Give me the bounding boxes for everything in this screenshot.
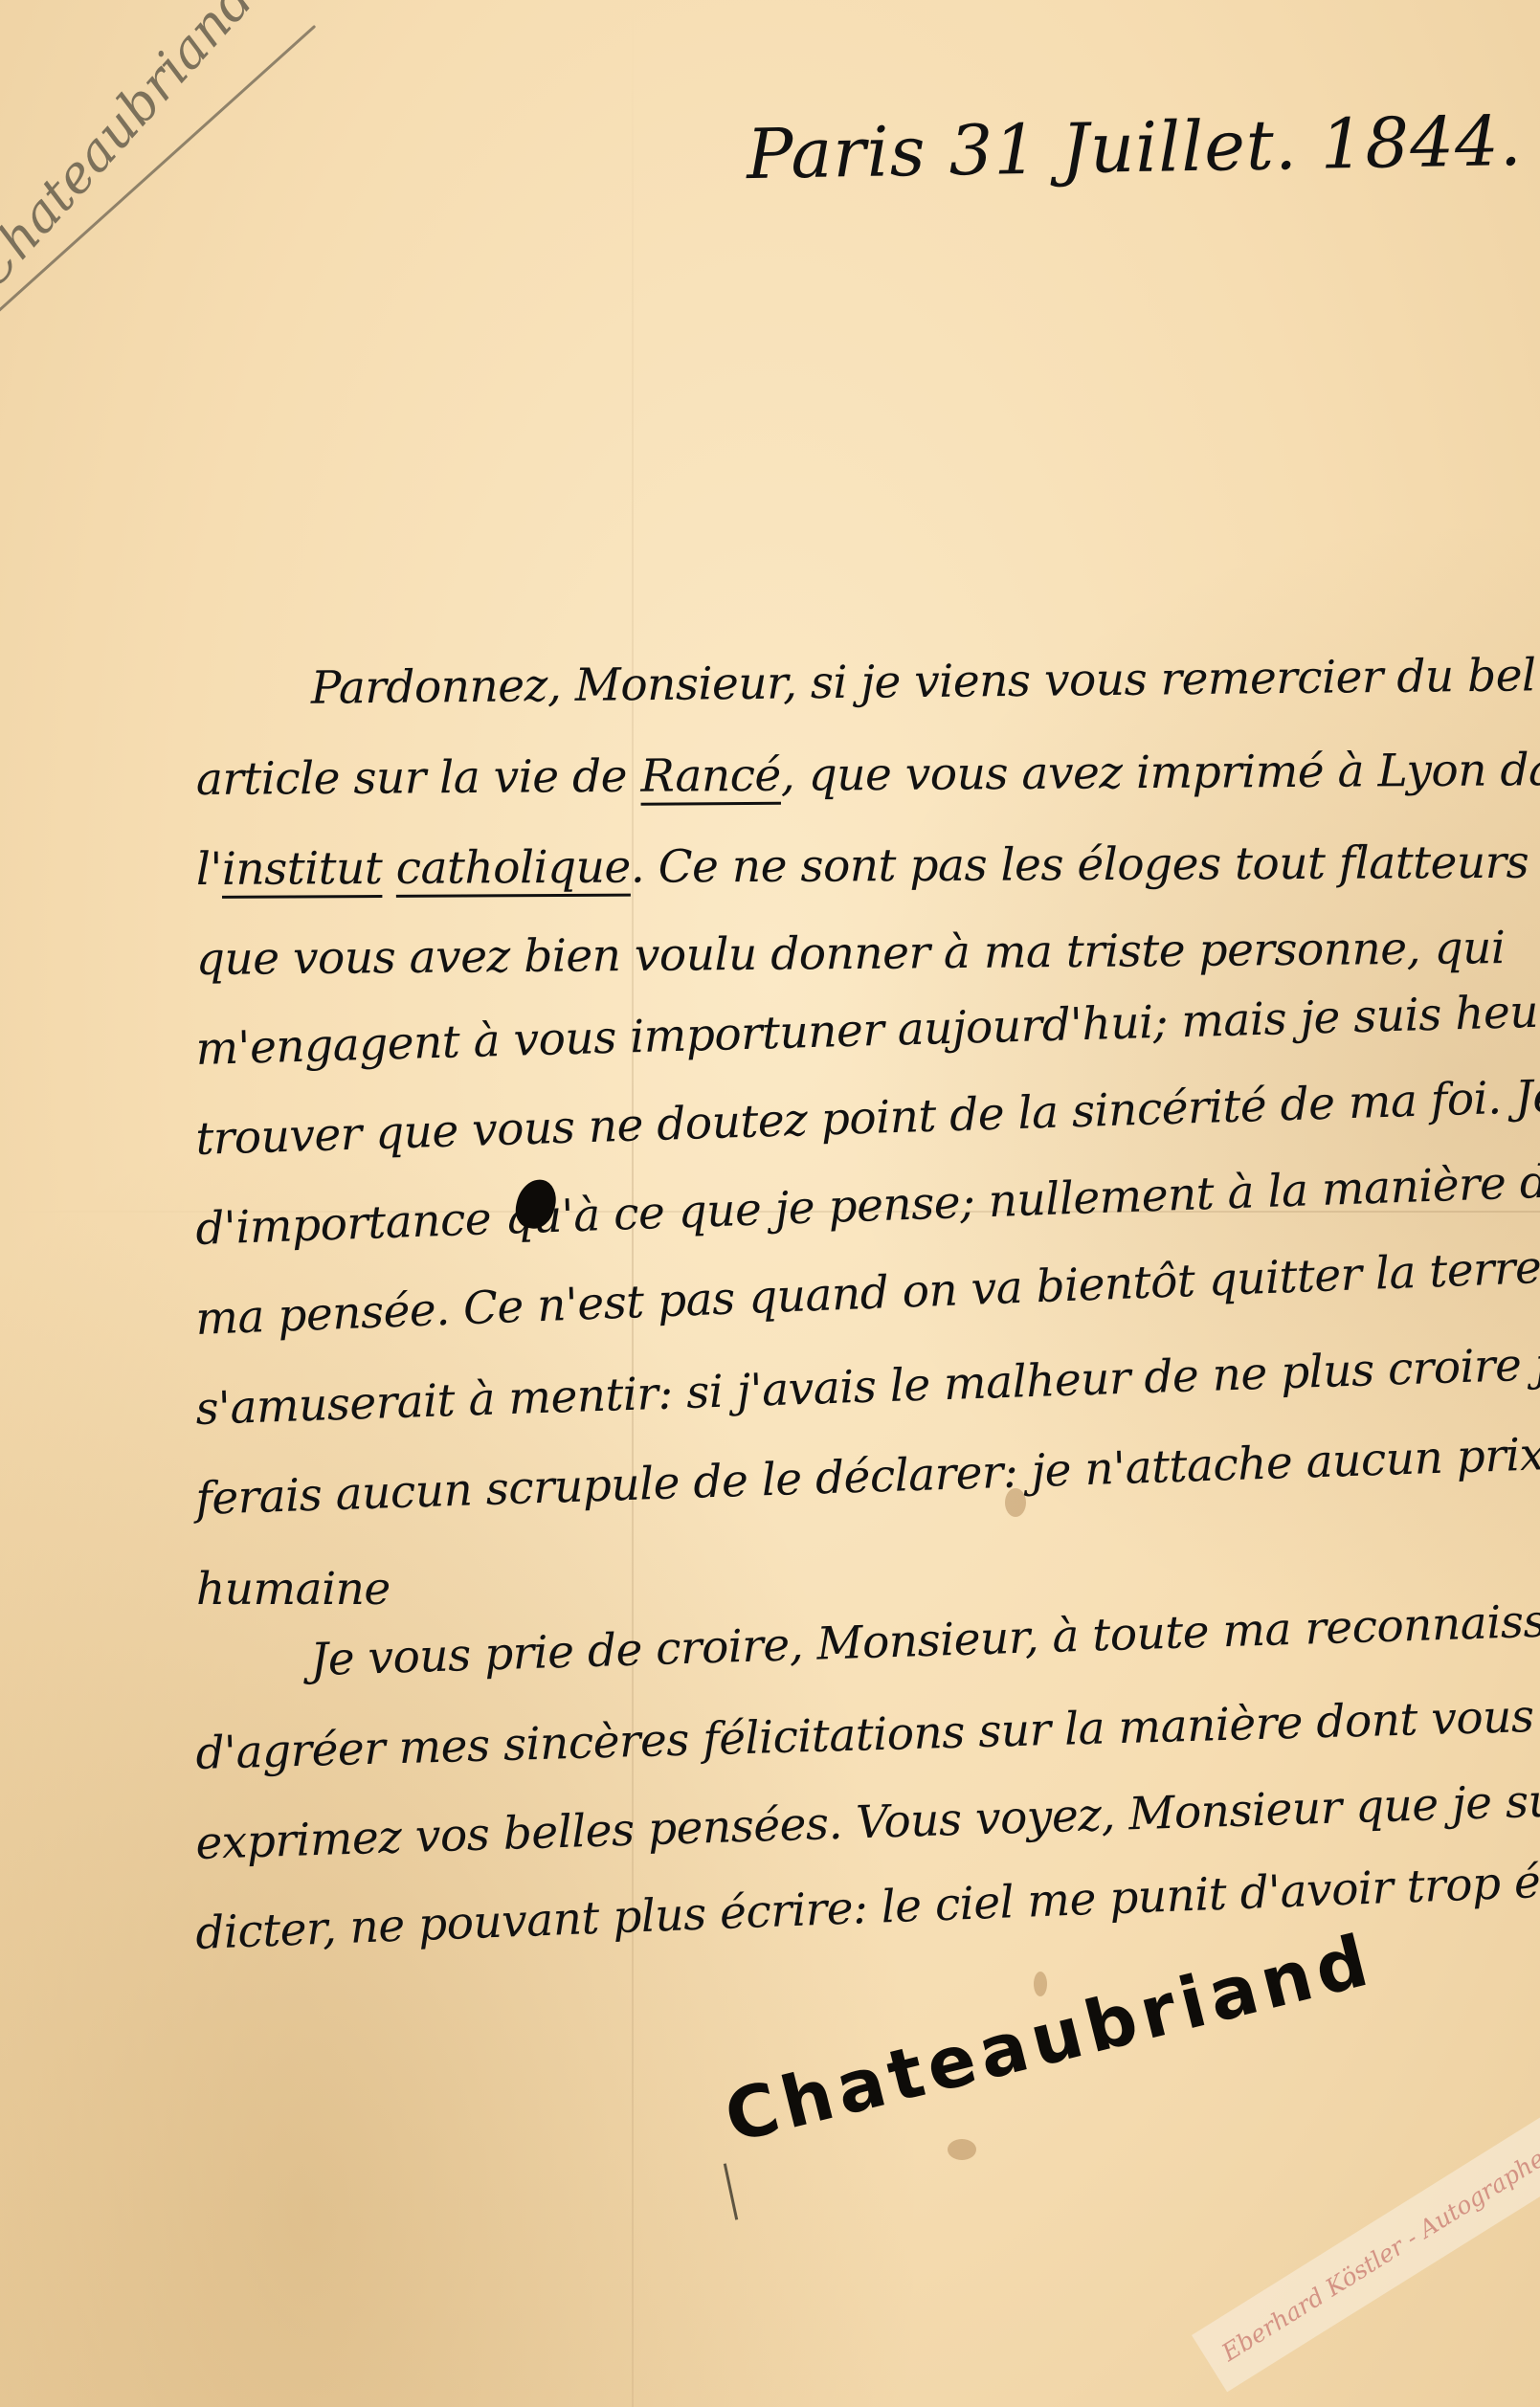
letter-body: Pardonnez, Monsieur, si je viens vous re… bbox=[196, 660, 1527, 1995]
pencil-annotation: Chateaubriand bbox=[0, 0, 364, 345]
watermark-text: Eberhard Köstler - Autographen & Bücher bbox=[1216, 2070, 1540, 2366]
signature-stroke bbox=[724, 2163, 738, 2219]
date-line: Paris 31 Juillet. 1844. bbox=[746, 100, 1523, 194]
underlined-word: institut bbox=[222, 842, 383, 896]
body-line: article sur la vie de Rancé, que vous av… bbox=[196, 741, 1528, 840]
pencil-annotation-text: Chateaubriand bbox=[0, 0, 265, 300]
body-line-text: article sur la vie de Rancé, que vous av… bbox=[196, 744, 1540, 806]
dealer-watermark: Eberhard Köstler - Autographen & Bücher bbox=[1192, 2092, 1540, 2393]
foxing-stain bbox=[948, 2139, 976, 2160]
body-line: l'institut catholique. Ce ne sont pas le… bbox=[196, 834, 1527, 930]
body-line: Pardonnez, Monsieur, si je viens vous re… bbox=[196, 646, 1528, 750]
letter-page: Chateaubriand Paris 31 Juillet. 1844. Pa… bbox=[0, 0, 1540, 2407]
underlined-word: Rancé bbox=[640, 749, 781, 803]
underlined-word: catholique bbox=[396, 841, 631, 895]
